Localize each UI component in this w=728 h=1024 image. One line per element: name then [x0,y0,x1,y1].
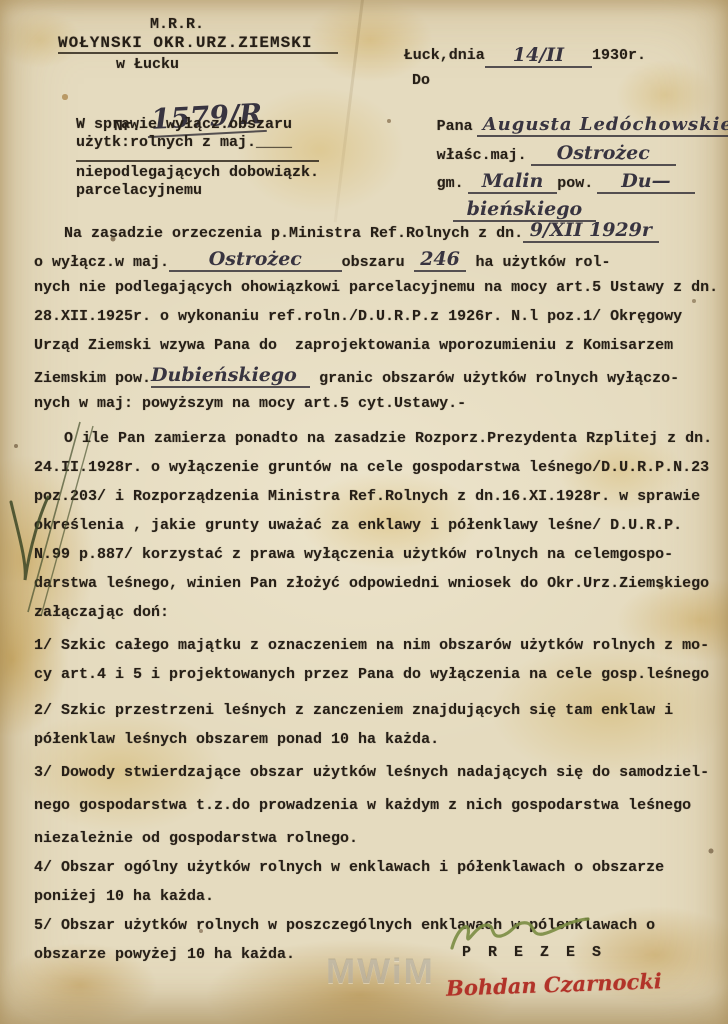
body-line: Urząd Ziemski wzywa Pana do zaprojektowa… [34,336,726,365]
typed-text: niezależnie od gospodarstwa rolnego. [34,830,358,847]
body-line: Na zasadzie orzeczenia p.Ministra Ref.Ro… [34,220,726,249]
county-name-handwritten: Du— [597,170,694,194]
typed-text: poz.203/ i Rozporządzenia Ministra Ref.R… [34,488,700,505]
typed-text: 24.II.1928r. o wyłączenie gruntów na cel… [34,459,709,476]
body-line: określenia , jakie grunty uważać za enkl… [34,516,726,545]
typed-text: Na zasadzie orzeczenia p.Ministra Ref.Ro… [64,225,523,242]
body-line: N.99 p.887/ korzystać z prawa wyłączenia… [34,545,726,574]
dateline-year: 1930r. [592,47,646,64]
typed-text: Ziemskim pow. [34,370,151,387]
typed-text: 28.XII.1925r. o wykonaniu ref.roln./D.U.… [34,308,682,325]
handwritten-text: 246 [414,248,467,272]
handwritten-text: 9/XII 1929r [523,219,658,243]
typed-text: 4/ Obszar ogólny użytków rolnych w enkla… [34,859,664,876]
typed-text: nego gospodarstwa t.z.do prowadzenia w k… [34,797,691,814]
county-label: pow. [557,175,593,192]
handwritten-text: Dubieńskiego [151,364,310,388]
recipient-line-name: PanaAugusta Ledóchowskiego [410,96,722,124]
office-location: w Łucku [116,56,179,73]
body-line: załączając doń: [34,603,726,632]
body-line: cy art.4 i 5 i projektowanych przez Pana… [34,665,726,694]
paper-specks [0,0,2,2]
typed-text: półenklaw leśnych obszarem ponad 10 ha k… [34,731,439,748]
commune-label: gm. [437,175,464,192]
estate-name-handwritten: Ostrożec [531,142,676,166]
body-line: 1/ Szkic całego majątku z oznaczeniem na… [34,636,726,665]
office-name: WOŁYNSKI OKR.URZ.ZIEMSKI [58,34,338,54]
subject-line: W sprawie wyłącz.obszaru [76,116,292,133]
scanned-letter-page: M.R.R. WOŁYNSKI OKR.URZ.ZIEMSKI w Łucku … [0,0,728,1024]
body-line: poniżej 10 ha każda. [34,887,726,916]
body-line: nych nie podlegających ohowiązkowi parce… [34,278,726,307]
typed-text: 5/ Obszar użytków rolnych w poszczególny… [34,917,655,934]
subject-line: niepodlegających dobowiązk. [76,160,319,181]
body-line: 4/ Obszar ogólny użytków rolnych w enkla… [34,858,726,887]
typed-text: nych w maj: powyższym na mocy art.5 cyt.… [34,395,466,412]
typed-text: ha użytków rol- [466,254,610,271]
typed-text: obszaru [342,254,414,271]
body-line: 24.II.1928r. o wyłączenie gruntów na cel… [34,458,726,487]
typed-text: darstwa leśnego, winien Pan złożyć odpow… [34,575,709,592]
typed-text: 3/ Dowody stwierdzające obszar użytków l… [34,764,709,781]
body-line: poz.203/ i Rozporządzenia Ministra Ref.R… [34,487,726,516]
body-line: o wyłącz.w maj. Ostrożec obszaru 246 ha … [34,249,726,278]
signature-title: P R E Z E S [462,944,605,961]
typed-text: N.99 p.887/ korzystać z prawa wyłączenia… [34,546,673,563]
typed-text: określenia , jakie grunty uważać za enkl… [34,517,682,534]
recipient-label: Pana [437,118,473,135]
body-line: nych w maj: powyższym na mocy art.5 cyt.… [34,394,726,423]
body-line: 3/ Dowody stwierdzające obszar użytków l… [34,763,726,792]
typed-text: o wyłącz.w maj. [34,254,169,271]
typed-text: poniżej 10 ha każda. [34,888,214,905]
typed-text: 1/ Szkic całego majątku z oznaczeniem na… [34,637,709,654]
body-line: niezależnie od gospodarstwa rolnego. [34,829,726,858]
body-line: O ile Pan zamierza ponadto na zasadzie R… [34,429,726,458]
typed-text: O ile Pan zamierza ponadto na zasadzie R… [64,430,712,447]
body-line: półenklaw leśnych obszarem ponad 10 ha k… [34,730,726,759]
typed-text: Urząd Ziemski wzywa Pana do zaprojektowa… [34,337,673,354]
ministry-abbreviation: M.R.R. [150,16,204,33]
recipient-to-label: Do [412,72,430,89]
body-lines: Na zasadzie orzeczenia p.Ministra Ref.Ro… [34,220,726,974]
typed-text: nych nie podlegających ohowiązkowi parce… [34,279,718,296]
body-line: Ziemskim pow.Dubieńskiego granic obszaró… [34,365,726,394]
body-line: 28.XII.1925r. o wykonaniu ref.roln./D.U.… [34,307,726,336]
typed-text: 2/ Szkic przestrzeni leśnych z zanczenie… [34,702,673,719]
dateline-prefix: Łuck,dnia [404,47,485,64]
typed-text: załączając doń: [34,604,169,621]
body-line: nego gospodarstwa t.z.do prowadzenia w k… [34,796,726,825]
typed-text: obszarze powyżej 10 ha każda. [34,946,295,963]
dateline-date-handwritten: 14/II [485,44,592,68]
subject-line: parcelacyjnemu [76,182,202,199]
body-line: 2/ Szkic przestrzeni leśnych z zanczenie… [34,701,726,730]
typed-text: granic obszarów użytków rolnych wyłączo- [310,370,679,387]
subject-line: użytk:rolnych z maj.____ [76,134,292,151]
handwritten-text: Ostrożec [169,248,342,272]
archive-watermark: MWiM [326,952,435,992]
recipient-block: PanaAugusta Ledóchowskiego właśc.maj.Ost… [410,96,722,208]
estate-label: właśc.maj. [437,147,527,164]
commune-name-handwritten: Malin [468,170,558,194]
body-line: darstwa leśnego, winien Pan złożyć odpow… [34,574,726,603]
body-line: 5/ Obszar użytków rolnych w poszczególny… [34,916,726,945]
recipient-name-handwritten: Augusta Ledóchowskiego [477,114,728,137]
typed-text: cy art.4 i 5 i projektowanych przez Pana… [34,666,709,683]
